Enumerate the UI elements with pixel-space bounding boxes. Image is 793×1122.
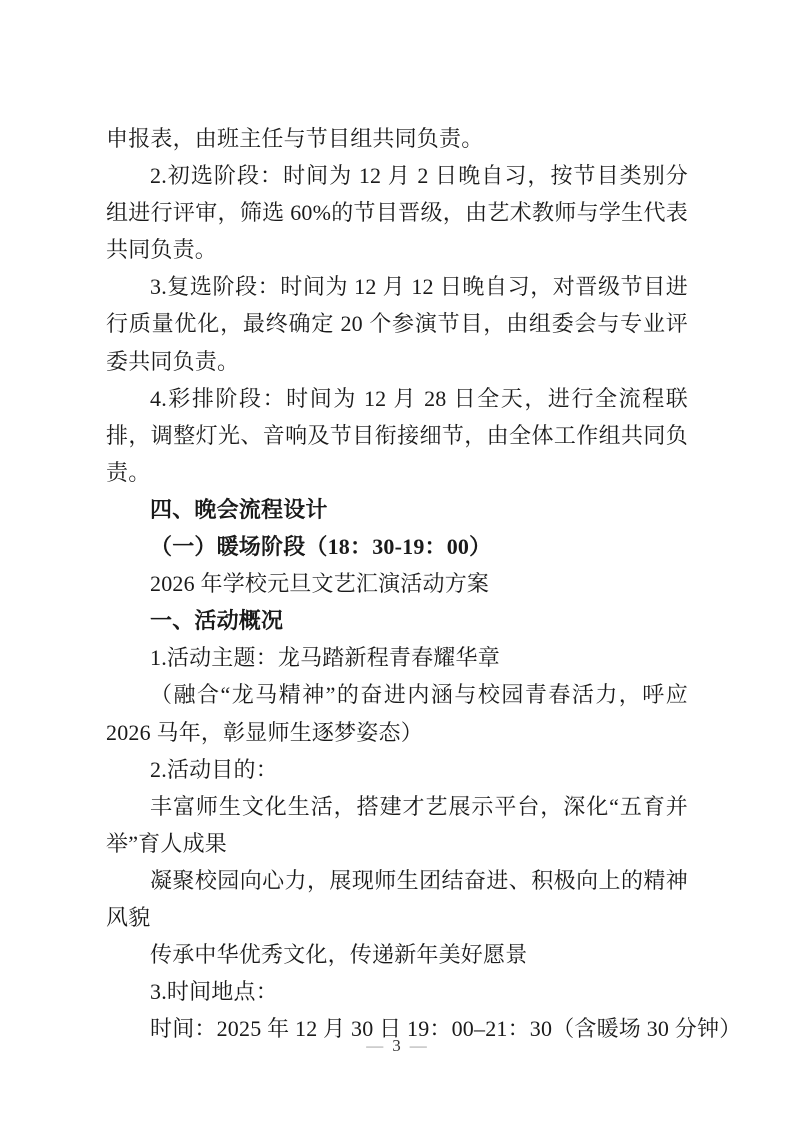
paragraph-rehearsal-stage: 4.彩排阶段：时间为 12 月 28 日全天，进行全流程联排，调整灯光、音响及节… (106, 380, 688, 491)
paragraph-purpose-item-2: 凝聚校园向心力，展现师生团结奋进、积极向上的精神风貌 (106, 862, 688, 936)
paragraph-purpose-item-3: 传承中华优秀文化，传递新年美好愿景 (106, 936, 688, 973)
page-number: 3 (392, 1036, 401, 1055)
footer-dash-left: — (366, 1036, 383, 1055)
paragraph-second-round-stage: 3.复选阶段：时间为 12 月 12 日晚自习，对晋级节目进行质量优化，最终确定… (106, 268, 688, 379)
paragraph-theme-note: （融合“龙马精神”的奋进内涵与校园青春活力，呼应 2026 马年，彰显师生逐梦姿… (106, 676, 688, 750)
paragraph-application-form: 申报表，由班主任与节目组共同负责。 (106, 120, 688, 157)
page-footer: —3— (0, 1036, 793, 1056)
paragraph-plan-title: 2026 年学校元旦文艺汇演活动方案 (106, 565, 688, 602)
footer-dash-right: — (410, 1036, 427, 1055)
heading-activity-overview: 一、活动概况 (106, 602, 688, 639)
document-page: 申报表，由班主任与节目组共同负责。 2.初选阶段：时间为 12 月 2 日晚自习… (0, 0, 793, 1122)
paragraph-purpose-item-1: 丰富师生文化生活，搭建才艺展示平台，深化“五育并举”育人成果 (106, 788, 688, 862)
paragraph-activity-purpose: 2.活动目的： (106, 751, 688, 788)
document-body: 申报表，由班主任与节目组共同负责。 2.初选阶段：时间为 12 月 2 日晚自习… (106, 120, 688, 1047)
paragraph-activity-theme: 1.活动主题：龙马踏新程青春耀华章 (106, 639, 688, 676)
heading-warmup-stage: （一）暖场阶段（18：30-19：00） (106, 528, 688, 565)
heading-gala-process-design: 四、晚会流程设计 (106, 491, 688, 528)
paragraph-preliminary-stage: 2.初选阶段：时间为 12 月 2 日晚自习，按节目类别分组进行评审，筛选 60… (106, 157, 688, 268)
paragraph-time-place: 3.时间地点： (106, 973, 688, 1010)
